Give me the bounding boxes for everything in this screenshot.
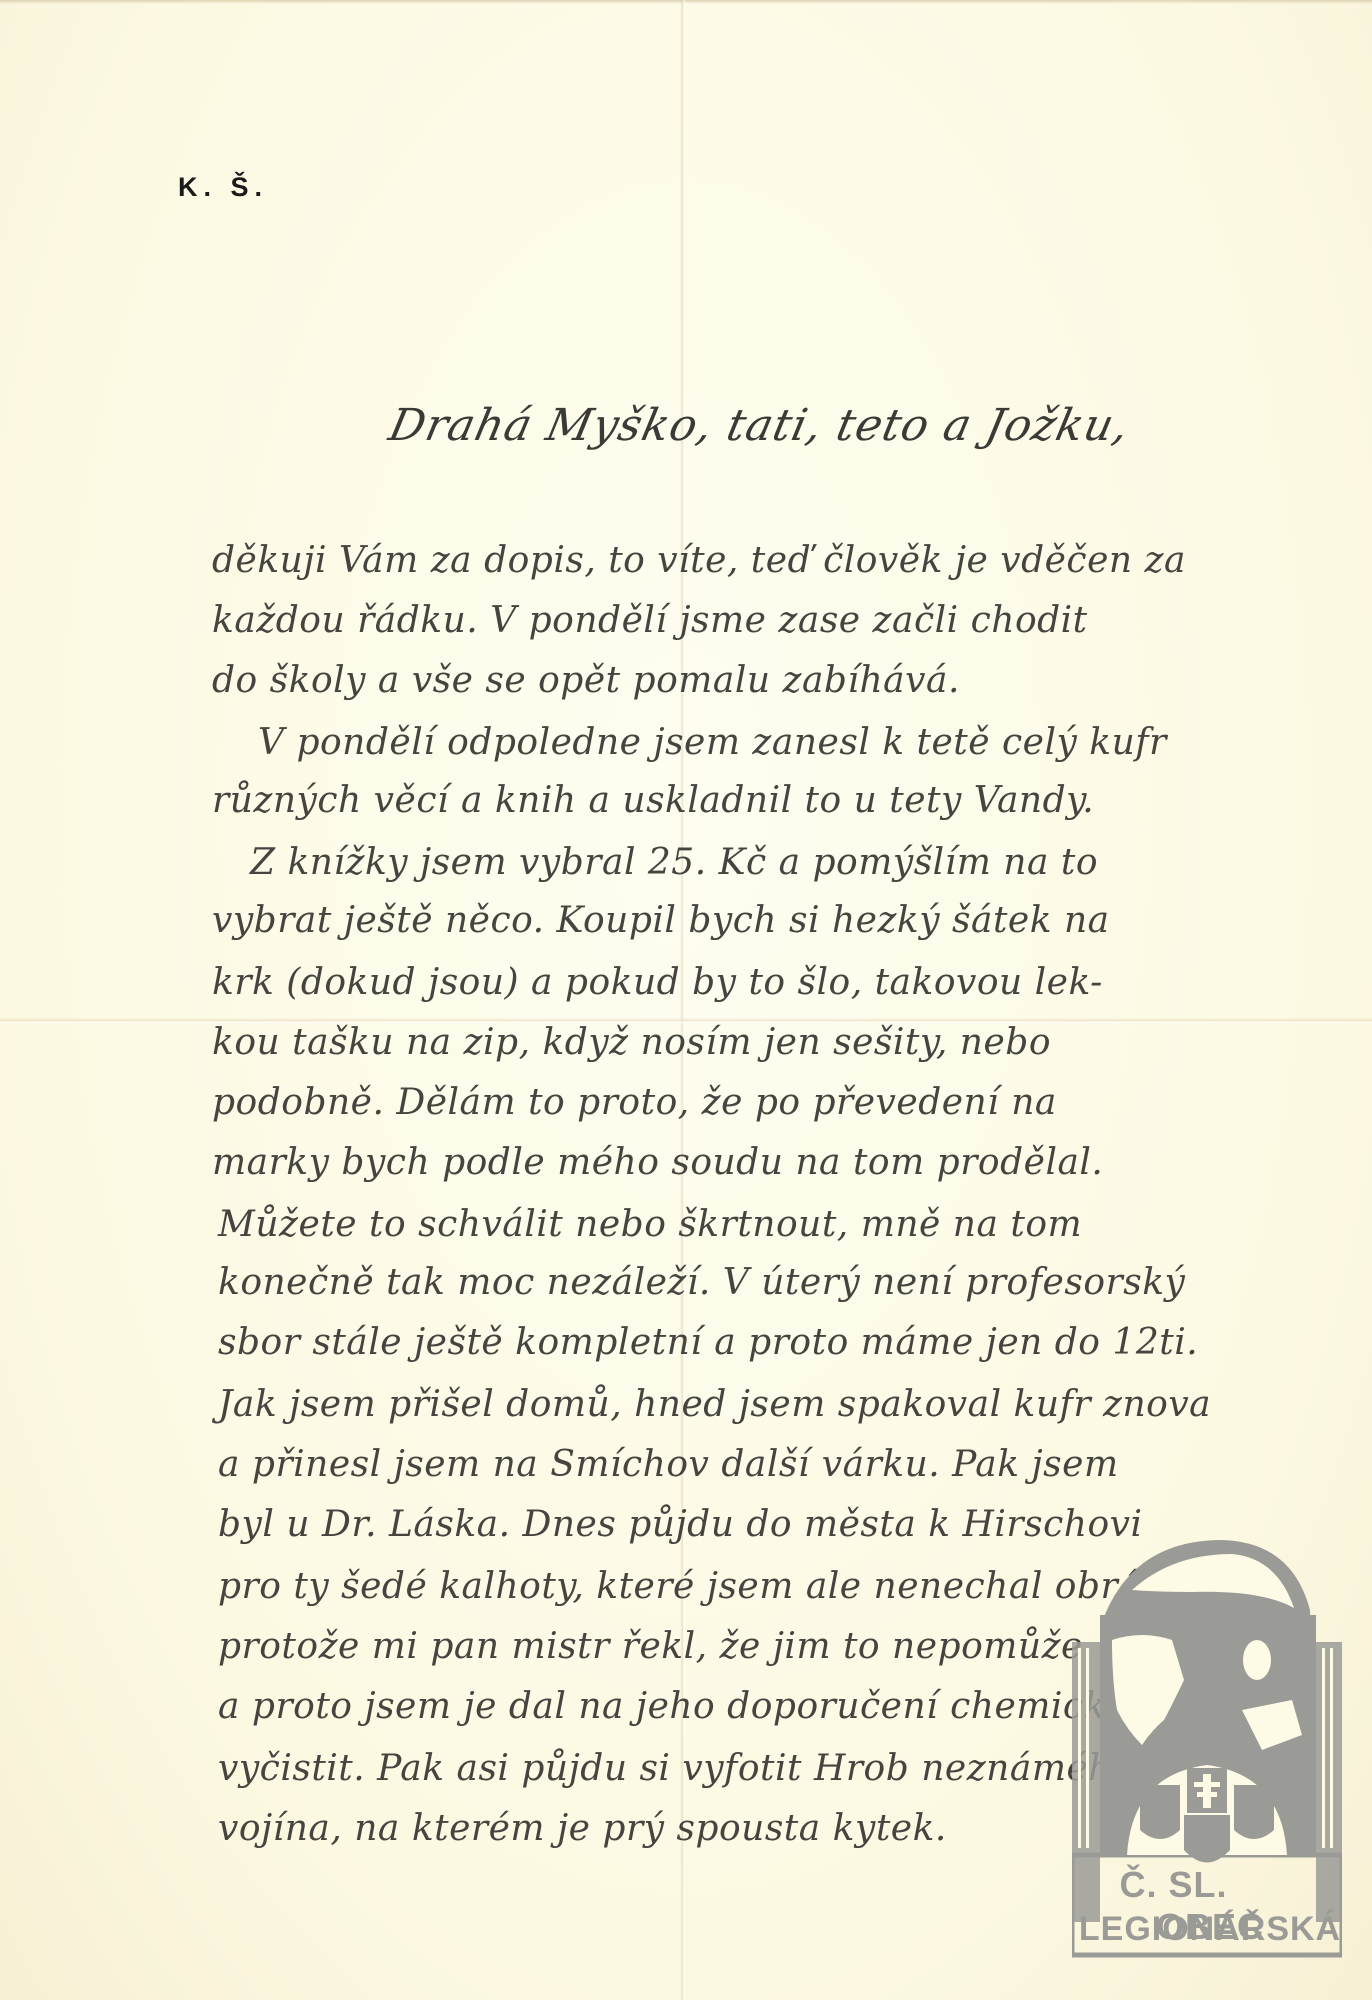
letter-line: různých věcí a knih a uskladnil to u tet… [212,780,1094,821]
letter-line: kou tašku na zip, když nosím jen sešity,… [212,1022,1051,1063]
letter-line: děkuji Vám za dopis, to víte, teď člověk… [212,540,1186,581]
letter-line: Můžete to schválit nebo škrtnout, mně na… [218,1204,1082,1245]
letter-line: protože mi pan mistr řekl, že jim to nep… [218,1626,1083,1667]
letter-line: Jak jsem přišel domů, hned jsem spakoval… [218,1384,1211,1425]
letter-line: podobně. Dělám to proto, že po převedení… [212,1082,1057,1123]
letter-line: marky bych podle mého soudu na tom prodě… [212,1142,1103,1183]
letter-line: sbor stále ještě kompletní a proto máme … [218,1322,1198,1363]
letter-line: pro ty šedé kalhoty, které jsem ale nene… [218,1566,1194,1607]
letter-line: V pondělí odpoledne jsem zanesl k tetě c… [258,722,1167,763]
watermark-text-line2: LEGIONÁŘSKÁ [1075,1910,1345,1949]
letter-line: konečně tak moc nezáleží. V úterý není p… [218,1262,1185,1303]
letter-line: krk (dokud jsou) a pokud by to šlo, tako… [212,962,1103,1003]
letter-line: vyčistit. Pak asi půjdu si vyfotit Hrob … [218,1748,1134,1789]
letter-line: byl u Dr. Láska. Dnes půjdu do města k H… [218,1504,1143,1545]
letter-line: do školy a vše se opět pomalu zabíhává. [212,660,960,701]
letter-line: každou řádku. V pondělí jsme zase začli … [212,600,1088,641]
letter-line: a proto jsem je dal na jeho doporučení c… [218,1686,1127,1727]
watermark-csl: Č. SL. [1119,1864,1227,1905]
letter-line: vybrat ještě něco. Koupil bych si hezký … [212,900,1110,941]
letter-line: Z knížky jsem vybral 25. Kč a pomýšlím n… [250,842,1098,883]
letter-line: vojína, na kterém je prý spousta kytek. [218,1808,947,1849]
letter-line: a přinesl jsem na Smíchov další várku. P… [218,1444,1119,1485]
